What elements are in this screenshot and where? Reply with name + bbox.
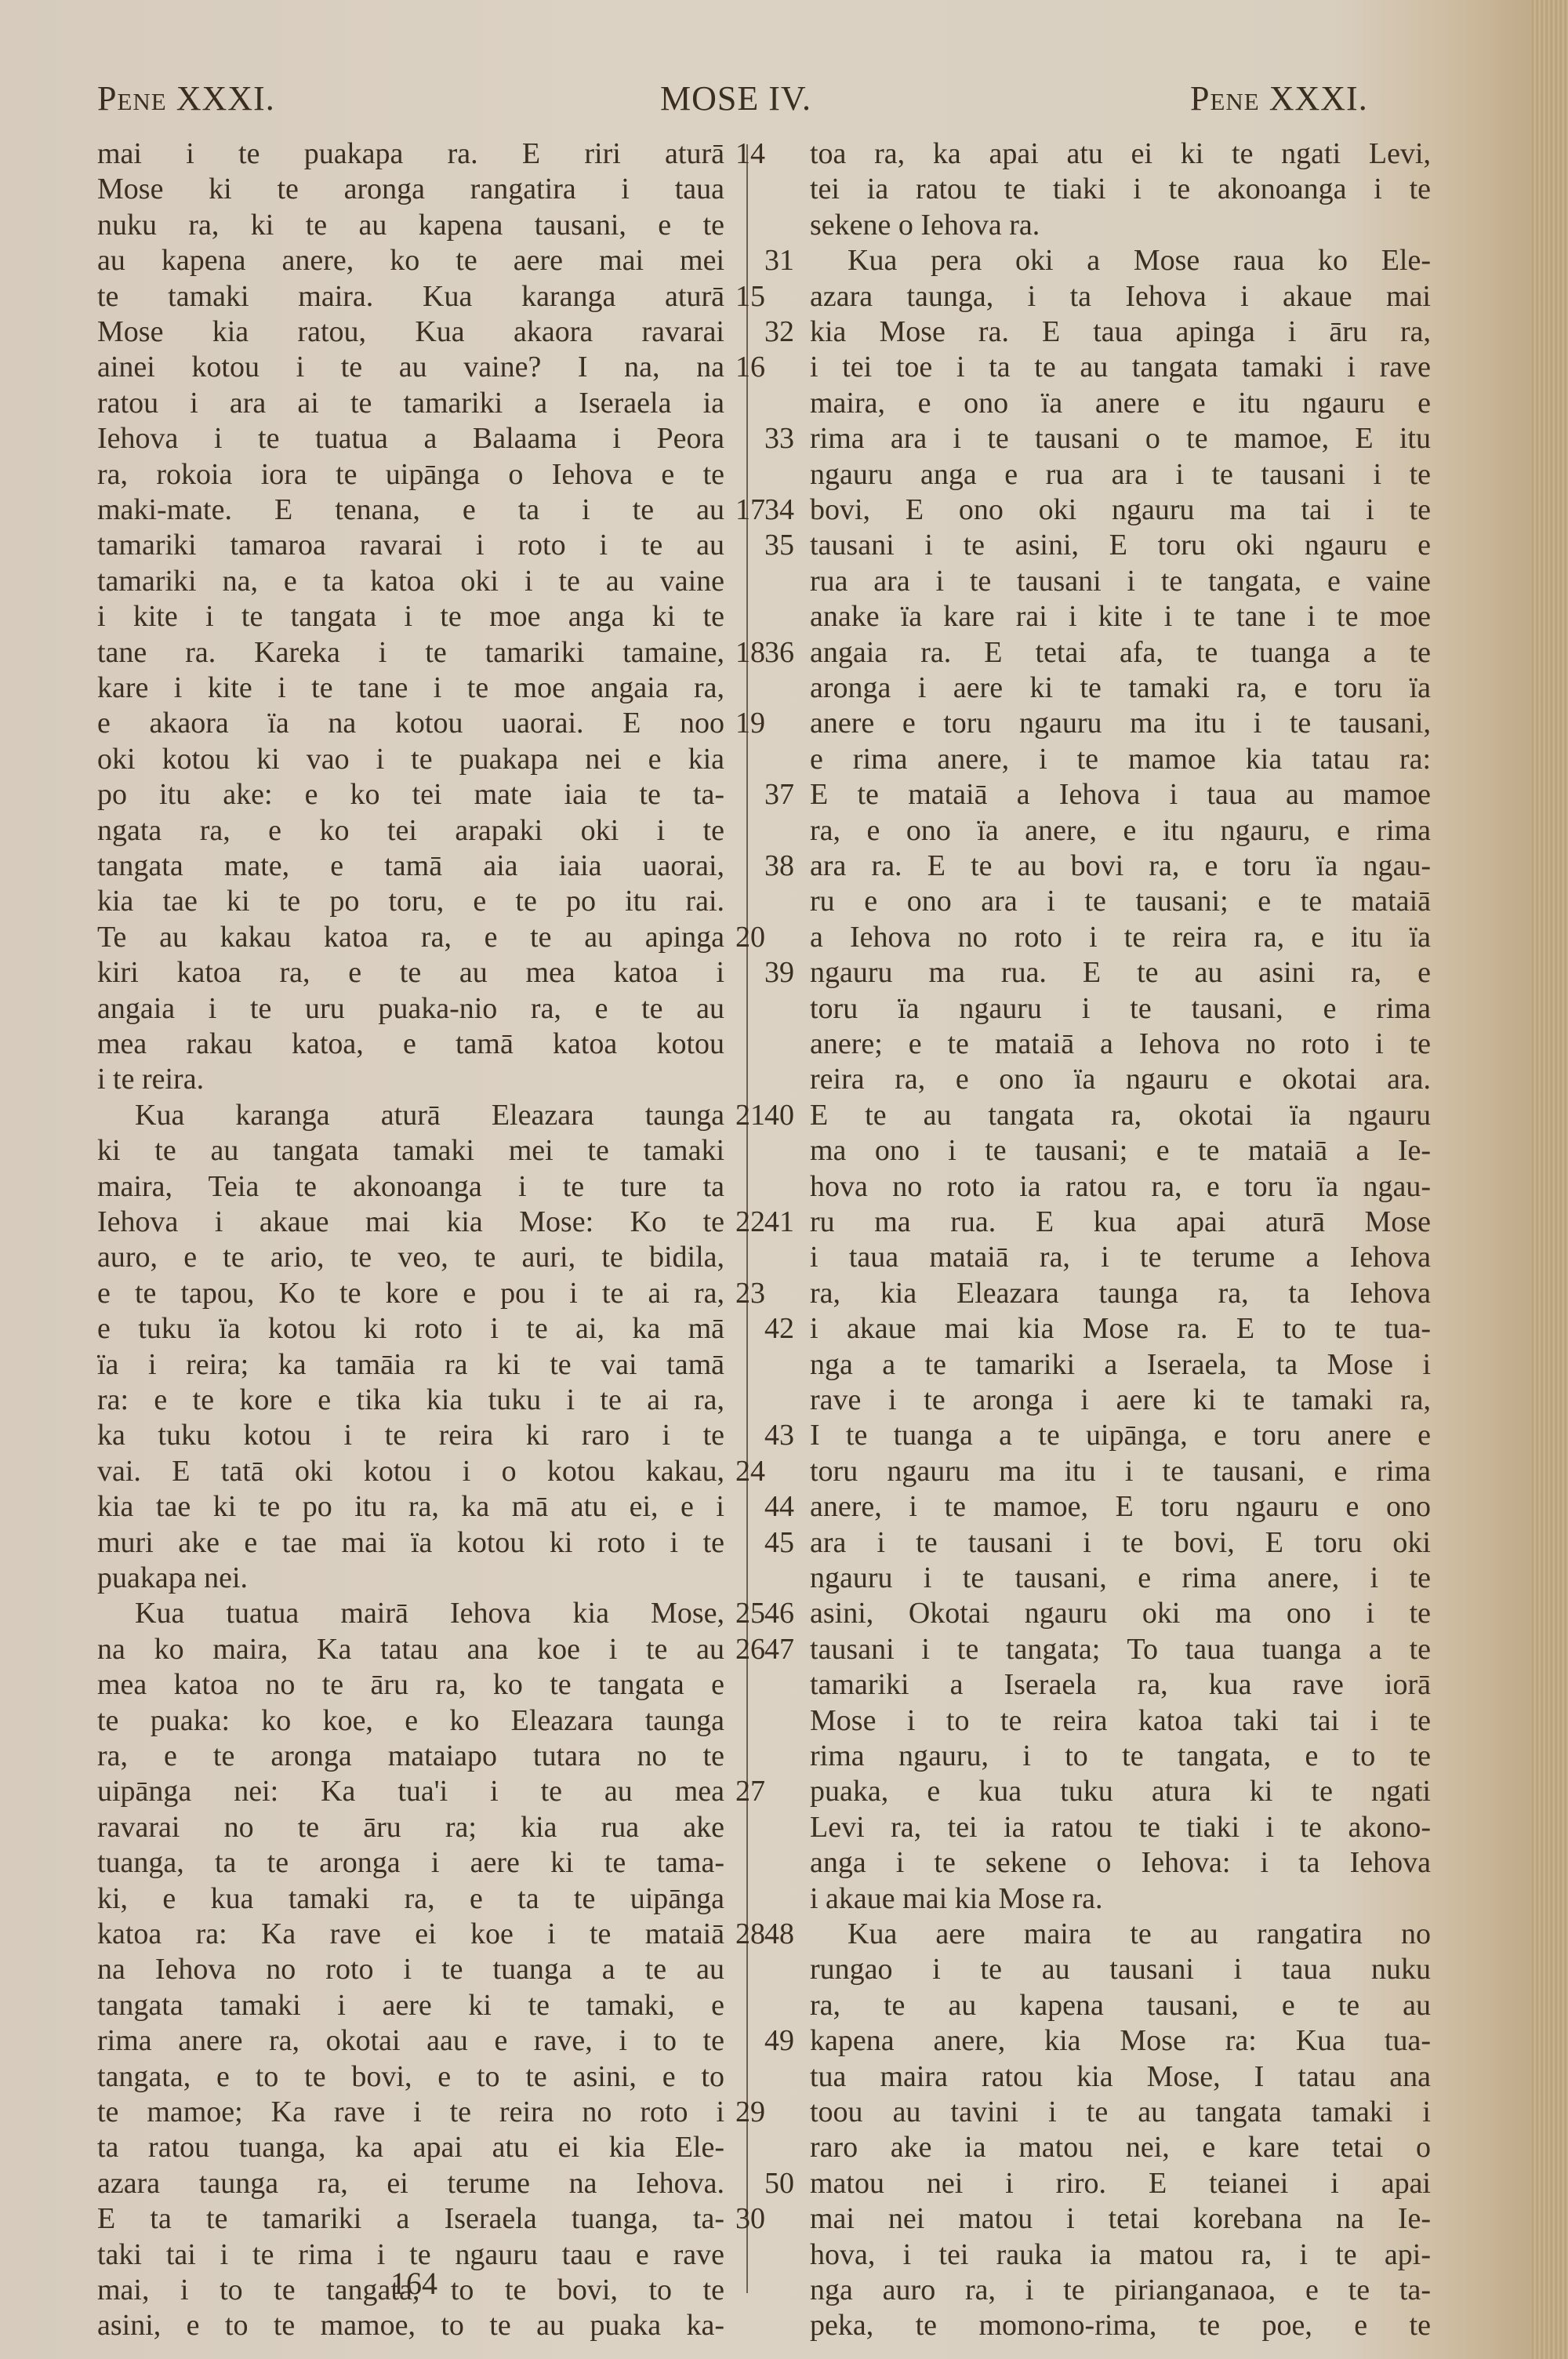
text-line: angaia ra. E tetai afa, te tuanga a te36: [764, 635, 1454, 670]
line-text: na Iehova no roto i te tuanga a te au: [97, 1952, 724, 1986]
text-line: ra: e te kore e tika kia tuku i te ai ra…: [97, 1383, 732, 1417]
line-text: katoa ra: Ka rave ei koe i te mataiā: [97, 1917, 724, 1951]
text-line: tei ia ratou te tiaki i te akonoanga i t…: [764, 172, 1454, 206]
text-line: ru e ono ara i te tausani; e te mataiā: [764, 884, 1454, 918]
page-edge-shadow: [1530, 0, 1568, 2359]
line-text: rua ara i te tausani i te tangata, e vai…: [810, 564, 1431, 598]
text-line: ra, kia Eleazara taunga ra, ta Iehova: [764, 1276, 1454, 1310]
line-text: kare i kite i te tane i te moe angaia ra…: [97, 671, 724, 705]
text-line: ainei kotou i te au vaine? I na, na16: [97, 350, 732, 384]
line-text: angaia i te uru puaka-nio ra, e te au: [97, 991, 724, 1026]
verse-number: 35: [764, 528, 794, 562]
line-text: aronga i aere ki te tamaki ra, e toru ïa: [810, 671, 1431, 705]
text-line: rungao i te au tausani i taua nuku: [764, 1952, 1454, 1986]
line-text: ngauru i te tausani, e rima anere, i te: [810, 1561, 1431, 1595]
text-line: E ta te tamariki a Iseraela tuanga, ta-3…: [97, 2201, 732, 2236]
line-text: anere e toru ngauru ma itu i te tausani,: [810, 706, 1431, 740]
text-line: e rima anere, i te mamoe kia tatau ra:: [764, 742, 1454, 776]
text-line: ka tuku kotou i te reira ki raro i te: [97, 1418, 732, 1452]
text-line: Te au kakau katoa ra, e te au apinga20: [97, 920, 732, 954]
text-line: ngauru anga e rua ara i te tausani i te: [764, 457, 1454, 492]
verse-number: 28: [735, 1917, 765, 1951]
text-line: Mose ki te aronga rangatira i taua: [97, 172, 732, 206]
line-text: Mose i to te reira katoa taki tai i te: [810, 1703, 1431, 1738]
line-text: nga auro ra, i te pirianganaoa, e te ta-: [810, 2273, 1431, 2307]
line-text: ka tuku kotou i te reira ki raro i te: [97, 1418, 724, 1452]
text-line: hova no roto ia ratou ra, e toru ïa ngau…: [764, 1169, 1454, 1204]
line-text: hova, i tei rauka ia matou ra, i te api-: [810, 2237, 1431, 2272]
line-text: ara i te tausani i te bovi, E toru oki: [810, 1525, 1431, 1560]
text-line: i te reira.: [97, 1062, 732, 1096]
text-line: nga auro ra, i te pirianganaoa, e te ta-: [764, 2273, 1454, 2307]
text-line: maira, Teia te akonoanga i te ture ta: [97, 1169, 732, 1204]
text-line: anere, i te mamoe, E toru ngauru e ono44: [764, 1489, 1454, 1524]
line-text: tei ia ratou te tiaki i te akonoanga i t…: [810, 172, 1431, 206]
line-text: sekene o Iehova ra.: [810, 208, 1431, 242]
line-text: anere, i te mamoe, E toru ngauru e ono: [810, 1489, 1431, 1524]
verse-number: 24: [735, 1454, 765, 1488]
text-line: ara i te tausani i te bovi, E toru oki45: [764, 1525, 1454, 1560]
line-text: ravarai no te āru ra; kia rua ake: [97, 1810, 724, 1845]
verse-number: 41: [764, 1205, 794, 1239]
line-text: ratou i ara ai te tamariki a Iseraela ia: [97, 386, 724, 420]
verse-number: 27: [735, 1774, 765, 1808]
text-line: e akaora ïa na kotou uaorai. E noo19: [97, 706, 732, 740]
line-text: ainei kotou i te au vaine? I na, na: [97, 350, 724, 384]
running-head-left-text: Pene XXXI.: [97, 79, 275, 118]
line-text: ma ono i te tausani; e te mataiā a Ie-: [810, 1133, 1431, 1168]
verse-number: 30: [735, 2201, 765, 2236]
line-text: rima ngauru, i to te tangata, e to te: [810, 1739, 1431, 1773]
text-line: i akaue mai kia Mose ra.: [764, 1881, 1454, 1916]
verse-number: 39: [764, 955, 794, 990]
text-line: ra, rokoia iora te uipānga o Iehova e te: [97, 457, 732, 492]
text-line: tamariki a Iseraela ra, kua rave iorā: [764, 1667, 1454, 1702]
text-line: kia Mose ra. E taua apinga i āru ra,32: [764, 314, 1454, 349]
verse-number: 17: [735, 493, 765, 527]
line-text: Kua aere maira te au rangatira no: [810, 1917, 1431, 1951]
text-line: angaia i te uru puaka-nio ra, e te au: [97, 991, 732, 1026]
line-text: ngauru ma rua. E te au asini ra, e: [810, 955, 1431, 990]
text-line: mai i te puakapa ra. E riri aturā14: [97, 136, 732, 171]
line-text: muri ake e tae mai ïa kotou ki roto i te: [97, 1525, 724, 1560]
line-text: matou nei i riro. E teianei i apai: [810, 2166, 1431, 2201]
line-text: uipānga nei: Ka tua'i i te au mea: [97, 1774, 724, 1808]
text-line: na Iehova no roto i te tuanga a te au: [97, 1952, 732, 1986]
line-text: ki te au tangata tamaki mei te tamaki: [97, 1133, 724, 1168]
verse-number: 25: [735, 1596, 765, 1630]
line-text: po itu ake: e ko tei mate iaia te ta-: [97, 777, 724, 812]
text-line: muri ake e tae mai ïa kotou ki roto i te: [97, 1525, 732, 1560]
text-line: peka, te momono-rima, te poe, e te: [764, 2308, 1454, 2343]
text-line: reira ra, e ono ïa ngauru e okotai ara.: [764, 1062, 1454, 1096]
line-text: tangata tamaki i aere ki te tamaki, e: [97, 1988, 724, 2023]
line-text: tausani i te tangata; To taua tuanga a t…: [810, 1632, 1431, 1667]
text-line: kia tae ki te po itu ra, ka mā atu ei, e…: [97, 1489, 732, 1524]
verse-number: 14: [735, 136, 765, 171]
line-text: E ta te tamariki a Iseraela tuanga, ta-: [97, 2201, 724, 2236]
line-text: ki, e kua tamaki ra, e ta te uipānga: [97, 1881, 724, 1916]
text-line: te mamoe; Ka rave i te reira no roto i29: [97, 2095, 732, 2129]
line-text: reira ra, e ono ïa ngauru e okotai ara.: [810, 1062, 1431, 1096]
text-line: nuku ra, ki te au kapena tausani, e te: [97, 208, 732, 242]
page-number: 164: [390, 2265, 437, 2302]
line-text: i te reira.: [97, 1062, 724, 1096]
line-text: angaia ra. E tetai afa, te tuanga a te: [810, 635, 1431, 670]
text-line: e te tapou, Ko te kore e pou i te ai ra,…: [97, 1276, 732, 1310]
line-text: kia tae ki te po itu ra, ka mā atu ei, e…: [97, 1489, 724, 1524]
line-text: Te au kakau katoa ra, e te au apinga: [97, 920, 724, 954]
text-line: anere; e te mataiā a Iehova no roto i te: [764, 1027, 1454, 1061]
line-text: e tuku ïa kotou ki roto i te ai, ka mā: [97, 1311, 724, 1346]
text-line: tausani i te tangata; To taua tuanga a t…: [764, 1632, 1454, 1667]
text-line: vai. E tatā oki kotou i o kotou kakau,24: [97, 1454, 732, 1488]
line-text: tuanga, ta te aronga i aere ki te tama-: [97, 1845, 724, 1880]
line-text: kia tae ki te po toru, e te po itu rai.: [97, 884, 724, 918]
verse-number: 37: [764, 777, 794, 812]
text-line: anga i te sekene o Iehova: i ta Iehova: [764, 1845, 1454, 1880]
line-text: ra, e ono ïa anere, e itu ngauru, e rima: [810, 813, 1431, 848]
line-text: Kua tuatua mairā Iehova kia Mose,: [97, 1596, 724, 1630]
line-text: e te tapou, Ko te kore e pou i te ai ra,: [97, 1276, 724, 1310]
line-text: mea katoa no te āru ra, ko te tangata e: [97, 1667, 724, 1702]
verse-number: 20: [735, 920, 765, 954]
text-line: ra, te au kapena tausani, e te au: [764, 1988, 1454, 2023]
line-text: rungao i te au tausani i taua nuku: [810, 1952, 1431, 1986]
text-line: bovi, E ono oki ngauru ma tai i te34: [764, 493, 1454, 527]
text-line: I te tuanga a te uipānga, e toru anere e…: [764, 1418, 1454, 1452]
text-line: sekene o Iehova ra.: [764, 208, 1454, 242]
line-text: ra, kia Eleazara taunga ra, ta Iehova: [810, 1276, 1431, 1310]
verse-number: 19: [735, 706, 765, 740]
line-text: Mose kia ratou, Kua akaora ravarai: [97, 314, 724, 349]
line-text: rave i te aronga i aere ki te tamaki ra,: [810, 1383, 1431, 1417]
verse-number: 38: [764, 849, 794, 883]
line-text: maira, Teia te akonoanga i te ture ta: [97, 1169, 724, 1204]
verse-number: 22: [735, 1205, 765, 1239]
line-text: i akaue mai kia Mose ra. E to te tua-: [810, 1311, 1431, 1346]
text-line: ïa i reira; ka tamāia ra ki te vai tamā: [97, 1347, 732, 1382]
line-text: mai i te puakapa ra. E riri aturā: [97, 136, 724, 171]
line-text: asini, Okotai ngauru oki ma ono i te: [810, 1596, 1431, 1630]
line-text: ra, rokoia iora te uipānga o Iehova e te: [97, 457, 724, 492]
text-line: te tamaki maira. Kua karanga aturā15: [97, 279, 732, 314]
line-text: rima ara i te tausani o te mamoe, E itu: [810, 421, 1431, 456]
running-head-center: MOSE IV.: [660, 78, 811, 118]
line-text: tangata mate, e tamā aia iaia uaorai,: [97, 849, 724, 883]
text-line: kapena anere, kia Mose ra: Kua tua-49: [764, 2023, 1454, 2058]
line-text: i tei toe i ta te au tangata tamaki i ra…: [810, 350, 1431, 384]
text-line: E te au tangata ra, okotai ïa ngauru40: [764, 1098, 1454, 1132]
text-line: i tei toe i ta te au tangata tamaki i ra…: [764, 350, 1454, 384]
verse-number: 32: [764, 314, 794, 349]
line-text: ngata ra, e ko tei arapaki oki i te: [97, 813, 724, 848]
text-line: ngata ra, e ko tei arapaki oki i te: [97, 813, 732, 848]
verse-number: 45: [764, 1525, 794, 1560]
text-line: tausani i te asini, E toru oki ngauru e3…: [764, 528, 1454, 562]
text-line: Iehova i akaue mai kia Mose: Ko te22: [97, 1205, 732, 1239]
text-line: anake ïa kare rai i kite i te tane i te …: [764, 599, 1454, 634]
verse-number: 18: [735, 635, 765, 670]
text-line: po itu ake: e ko tei mate iaia te ta-: [97, 777, 732, 812]
line-text: kiri katoa ra, e te au mea katoa i: [97, 955, 724, 990]
line-text: Iehova i akaue mai kia Mose: Ko te: [97, 1205, 724, 1239]
text-line: kia tae ki te po toru, e te po itu rai.: [97, 884, 732, 918]
text-line: Levi ra, tei ia ratou te tiaki i te akon…: [764, 1810, 1454, 1845]
line-text: raro ake ia matou nei, e kare tetai o: [810, 2130, 1431, 2165]
text-line: E te mataiā a Iehova i taua au mamoe37: [764, 777, 1454, 812]
line-text: azara taunga ra, ei terume na Iehova.: [97, 2166, 724, 2201]
line-text: asini, e to te mamoe, to te au puaka ka-: [97, 2308, 724, 2343]
text-line: asini, e to te mamoe, to te au puaka ka-: [97, 2308, 732, 2343]
text-line: uipānga nei: Ka tua'i i te au mea27: [97, 1774, 732, 1808]
text-line: ra, e te aronga mataiapo tutara no te: [97, 1739, 732, 1773]
text-line: hova, i tei rauka ia matou ra, i te api-: [764, 2237, 1454, 2272]
verse-number: 15: [735, 279, 765, 314]
line-text: e akaora ïa na kotou uaorai. E noo: [97, 706, 724, 740]
line-text: Kua pera oki a Mose raua ko Ele-: [810, 243, 1431, 278]
line-text: peka, te momono-rima, te poe, e te: [810, 2308, 1431, 2343]
text-line: Kua tuatua mairā Iehova kia Mose,25: [97, 1596, 732, 1630]
text-line: i akaue mai kia Mose ra. E to te tua-42: [764, 1311, 1454, 1346]
text-line: rima ara i te tausani o te mamoe, E itu3…: [764, 421, 1454, 456]
line-text: tamariki na, e ta katoa oki i te au vain…: [97, 564, 724, 598]
text-line: ma ono i te tausani; e te mataiā a Ie-: [764, 1133, 1454, 1168]
verse-number: 21: [735, 1098, 765, 1132]
text-line: ra, e ono ïa anere, e itu ngauru, e rima: [764, 813, 1454, 848]
text-line: e tuku ïa kotou ki roto i te ai, ka mā: [97, 1311, 732, 1346]
text-line: kiri katoa ra, e te au mea katoa i: [97, 955, 732, 990]
line-text: na ko maira, Ka tatau ana koe i te au: [97, 1632, 724, 1667]
line-text: auro, e te ario, te veo, te auri, te bid…: [97, 1240, 724, 1274]
line-text: ru ma rua. E kua apai aturā Mose: [810, 1205, 1431, 1239]
text-line: tamariki tamaroa ravarai i roto i te au: [97, 528, 732, 562]
text-line: au kapena anere, ko te aere mai mei: [97, 243, 732, 278]
text-line: aronga i aere ki te tamaki ra, e toru ïa: [764, 671, 1454, 705]
line-text: a Iehova no roto i te reira ra, e itu ïa: [810, 920, 1431, 954]
line-text: ara ra. E te au bovi ra, e toru ïa ngau-: [810, 849, 1431, 883]
line-text: tangata, e to te bovi, e to te asini, e …: [97, 2059, 724, 2094]
line-text: nga a te tamariki a Iseraela, ta Mose i: [810, 1347, 1431, 1382]
text-line: raro ake ia matou nei, e kare tetai o: [764, 2130, 1454, 2165]
verse-number: 47: [764, 1632, 794, 1667]
verse-number: 48: [764, 1917, 794, 1951]
text-line: matou nei i riro. E teianei i apai50: [764, 2166, 1454, 2201]
text-line: tangata tamaki i aere ki te tamaki, e: [97, 1988, 732, 2023]
line-text: hova no roto ia ratou ra, e toru ïa ngau…: [810, 1169, 1431, 1204]
verse-number: 31: [764, 243, 794, 278]
verse-number: 43: [764, 1418, 794, 1452]
line-text: ra, te au kapena tausani, e te au: [810, 1988, 1431, 2023]
text-line: ravarai no te āru ra; kia rua ake: [97, 1810, 732, 1845]
running-head-left: Pene XXXI.: [97, 78, 275, 118]
running-head-right: Pene XXXI.: [1190, 78, 1368, 118]
text-line: anere e toru ngauru ma itu i te tausani,: [764, 706, 1454, 740]
line-text: oki kotou ki vao i te puakapa nei e kia: [97, 742, 724, 776]
line-text: ïa i reira; ka tamāia ra ki te vai tamā: [97, 1347, 724, 1382]
verse-number: 26: [735, 1632, 765, 1667]
text-line: tamariki na, e ta katoa oki i te au vain…: [97, 564, 732, 598]
line-text: ta ratou tuanga, ka apai atu ei kia Ele-: [97, 2130, 724, 2165]
verse-number: 42: [764, 1311, 794, 1346]
line-text: tamariki a Iseraela ra, kua rave iorā: [810, 1667, 1431, 1702]
text-line: puaka, e kua tuku atura ki te ngati: [764, 1774, 1454, 1808]
running-head-right-text: Pene XXXI.: [1190, 79, 1368, 118]
line-text: azara taunga, i ta Iehova i akaue mai: [810, 279, 1431, 314]
line-text: bovi, E ono oki ngauru ma tai i te: [810, 493, 1431, 527]
text-line: Kua aere maira te au rangatira no48: [764, 1917, 1454, 1951]
text-line: a Iehova no roto i te reira ra, e itu ïa: [764, 920, 1454, 954]
text-line: toa ra, ka apai atu ei ki te ngati Levi,: [764, 136, 1454, 171]
text-line: puakapa nei.: [97, 1561, 732, 1595]
line-text: rima anere ra, okotai aau e rave, i to t…: [97, 2023, 724, 2058]
line-text: i taua mataiā ra, i te terume a Iehova: [810, 1240, 1431, 1274]
line-text: I te tuanga a te uipānga, e toru anere e: [810, 1418, 1431, 1452]
line-text: tua maira ratou kia Mose, I tatau ana: [810, 2059, 1431, 2094]
text-line: rima anere ra, okotai aau e rave, i to t…: [97, 2023, 732, 2058]
line-text: vai. E tatā oki kotou i o kotou kakau,: [97, 1454, 724, 1488]
text-line: mea katoa no te āru ra, ko te tangata e: [97, 1667, 732, 1702]
line-text: anere; e te mataiā a Iehova no roto i te: [810, 1027, 1431, 1061]
text-line: katoa ra: Ka rave ei koe i te mataiā28: [97, 1917, 732, 1951]
text-line: rave i te aronga i aere ki te tamaki ra,: [764, 1383, 1454, 1417]
verse-number: 44: [764, 1489, 794, 1524]
text-line: i taua mataiā ra, i te terume a Iehova: [764, 1240, 1454, 1274]
text-line: nga a te tamariki a Iseraela, ta Mose i: [764, 1347, 1454, 1382]
text-line: toou au tavini i te au tangata tamaki i: [764, 2095, 1454, 2129]
verse-number: 49: [764, 2023, 794, 2058]
text-line: ara ra. E te au bovi ra, e toru ïa ngau-…: [764, 849, 1454, 883]
line-text: puakapa nei.: [97, 1561, 724, 1595]
text-line: tane ra. Kareka i te tamariki tamaine,18: [97, 635, 732, 670]
text-line: ki, e kua tamaki ra, e ta te uipānga: [97, 1881, 732, 1916]
verse-number: 16: [735, 350, 765, 384]
verse-number: 36: [764, 635, 794, 670]
line-text: toou au tavini i te au tangata tamaki i: [810, 2095, 1431, 2129]
text-line: tangata mate, e tamā aia iaia uaorai,: [97, 849, 732, 883]
text-line: Iehova i te tuatua a Balaama i Peora: [97, 421, 732, 456]
line-text: e rima anere, i te mamoe kia tatau ra:: [810, 742, 1431, 776]
line-text: tausani i te asini, E toru oki ngauru e: [810, 528, 1431, 562]
text-line: ngauru ma rua. E te au asini ra, e39: [764, 955, 1454, 990]
line-text: mea rakau katoa, e tamā katoa kotou: [97, 1027, 724, 1061]
text-line: oki kotou ki vao i te puakapa nei e kia: [97, 742, 732, 776]
verse-number: 33: [764, 421, 794, 456]
text-line: ki te au tangata tamaki mei te tamaki: [97, 1133, 732, 1168]
verse-number: 23: [735, 1276, 765, 1310]
line-text: anga i te sekene o Iehova: i ta Iehova: [810, 1845, 1431, 1880]
text-line: Kua karanga aturā Eleazara taunga21: [97, 1098, 732, 1132]
text-line: rima ngauru, i to te tangata, e to te: [764, 1739, 1454, 1773]
text-line: azara taunga ra, ei terume na Iehova.: [97, 2166, 732, 2201]
line-text: tamariki tamaroa ravarai i roto i te au: [97, 528, 724, 562]
line-text: te puaka: ko koe, e ko Eleazara taunga: [97, 1703, 724, 1738]
line-text: kapena anere, kia Mose ra: Kua tua-: [810, 2023, 1431, 2058]
line-text: maira, e ono ïa anere e itu ngauru e: [810, 386, 1431, 420]
text-line: maira, e ono ïa anere e itu ngauru e: [764, 386, 1454, 420]
text-line: toru ngauru ma itu i te tausani, e rima: [764, 1454, 1454, 1488]
text-line: azara taunga, i ta Iehova i akaue mai: [764, 279, 1454, 314]
line-text: E te au tangata ra, okotai ïa ngauru: [810, 1098, 1431, 1132]
text-line: ta ratou tuanga, ka apai atu ei kia Ele-: [97, 2130, 732, 2165]
verse-number: 29: [735, 2095, 765, 2129]
line-text: te tamaki maira. Kua karanga aturā: [97, 279, 724, 314]
text-line: te puaka: ko koe, e ko Eleazara taunga: [97, 1703, 732, 1738]
line-text: ru e ono ara i te tausani; e te mataiā: [810, 884, 1431, 918]
line-text: toru ngauru ma itu i te tausani, e rima: [810, 1454, 1431, 1488]
text-line: mea rakau katoa, e tamā katoa kotou: [97, 1027, 732, 1061]
line-text: nuku ra, ki te au kapena tausani, e te: [97, 208, 724, 242]
line-text: au kapena anere, ko te aere mai mei: [97, 243, 724, 278]
verse-number: 40: [764, 1098, 794, 1132]
text-line: Mose i to te reira katoa taki tai i te: [764, 1703, 1454, 1738]
line-text: Iehova i te tuatua a Balaama i Peora: [97, 421, 724, 456]
text-line: ngauru i te tausani, e rima anere, i te: [764, 1561, 1454, 1595]
line-text: mai nei matou i tetai korebana na Ie-: [810, 2201, 1431, 2236]
text-line: i kite i te tangata i te moe anga ki te: [97, 599, 732, 634]
line-text: puaka, e kua tuku atura ki te ngati: [810, 1774, 1431, 1808]
line-text: E te mataiā a Iehova i taua au mamoe: [810, 777, 1431, 812]
line-text: ra: e te kore e tika kia tuku i te ai ra…: [97, 1383, 724, 1417]
text-line: asini, Okotai ngauru oki ma ono i te46: [764, 1596, 1454, 1630]
line-text: i kite i te tangata i te moe anga ki te: [97, 599, 724, 634]
text-line: tangata, e to te bovi, e to te asini, e …: [97, 2059, 732, 2094]
line-text: i akaue mai kia Mose ra.: [810, 1881, 1431, 1916]
text-line: kare i kite i te tane i te moe angaia ra…: [97, 671, 732, 705]
text-line: tuanga, ta te aronga i aere ki te tama-: [97, 1845, 732, 1880]
text-line: toru ïa ngauru i te tausani, e rima: [764, 991, 1454, 1026]
line-text: ngauru anga e rua ara i te tausani i te: [810, 457, 1431, 492]
text-line: Kua pera oki a Mose raua ko Ele-31: [764, 243, 1454, 278]
text-line: ru ma rua. E kua apai aturā Mose41: [764, 1205, 1454, 1239]
text-line: mai nei matou i tetai korebana na Ie-: [764, 2201, 1454, 2236]
book-page: Pene XXXI. MOSE IV. Pene XXXI. mai i te …: [0, 0, 1568, 2359]
line-text: te mamoe; Ka rave i te reira no roto i: [97, 2095, 724, 2129]
line-text: ra, e te aronga mataiapo tutara no te: [97, 1739, 724, 1773]
text-line: ratou i ara ai te tamariki a Iseraela ia: [97, 386, 732, 420]
verse-number: 50: [764, 2166, 794, 2201]
line-text: maki-mate. E tenana, e ta i te au: [97, 493, 724, 527]
line-text: Mose ki te aronga rangatira i taua: [97, 172, 724, 206]
line-text: tane ra. Kareka i te tamariki tamaine,: [97, 635, 724, 670]
line-text: Levi ra, tei ia ratou te tiaki i te akon…: [810, 1810, 1431, 1845]
line-text: toru ïa ngauru i te tausani, e rima: [810, 991, 1431, 1026]
line-text: kia Mose ra. E taua apinga i āru ra,: [810, 314, 1431, 349]
text-line: Mose kia ratou, Kua akaora ravarai: [97, 314, 732, 349]
verse-number: 34: [764, 493, 794, 527]
line-text: Kua karanga aturā Eleazara taunga: [97, 1098, 724, 1132]
line-text: toa ra, ka apai atu ei ki te ngati Levi,: [810, 136, 1431, 171]
text-line: na ko maira, Ka tatau ana koe i te au26: [97, 1632, 732, 1667]
text-line: rua ara i te tausani i te tangata, e vai…: [764, 564, 1454, 598]
text-line: maki-mate. E tenana, e ta i te au17: [97, 493, 732, 527]
text-line: auro, e te ario, te veo, te auri, te bid…: [97, 1240, 732, 1274]
verse-number: 46: [764, 1596, 794, 1630]
line-text: anake ïa kare rai i kite i te tane i te …: [810, 599, 1431, 634]
text-line: tua maira ratou kia Mose, I tatau ana: [764, 2059, 1454, 2094]
